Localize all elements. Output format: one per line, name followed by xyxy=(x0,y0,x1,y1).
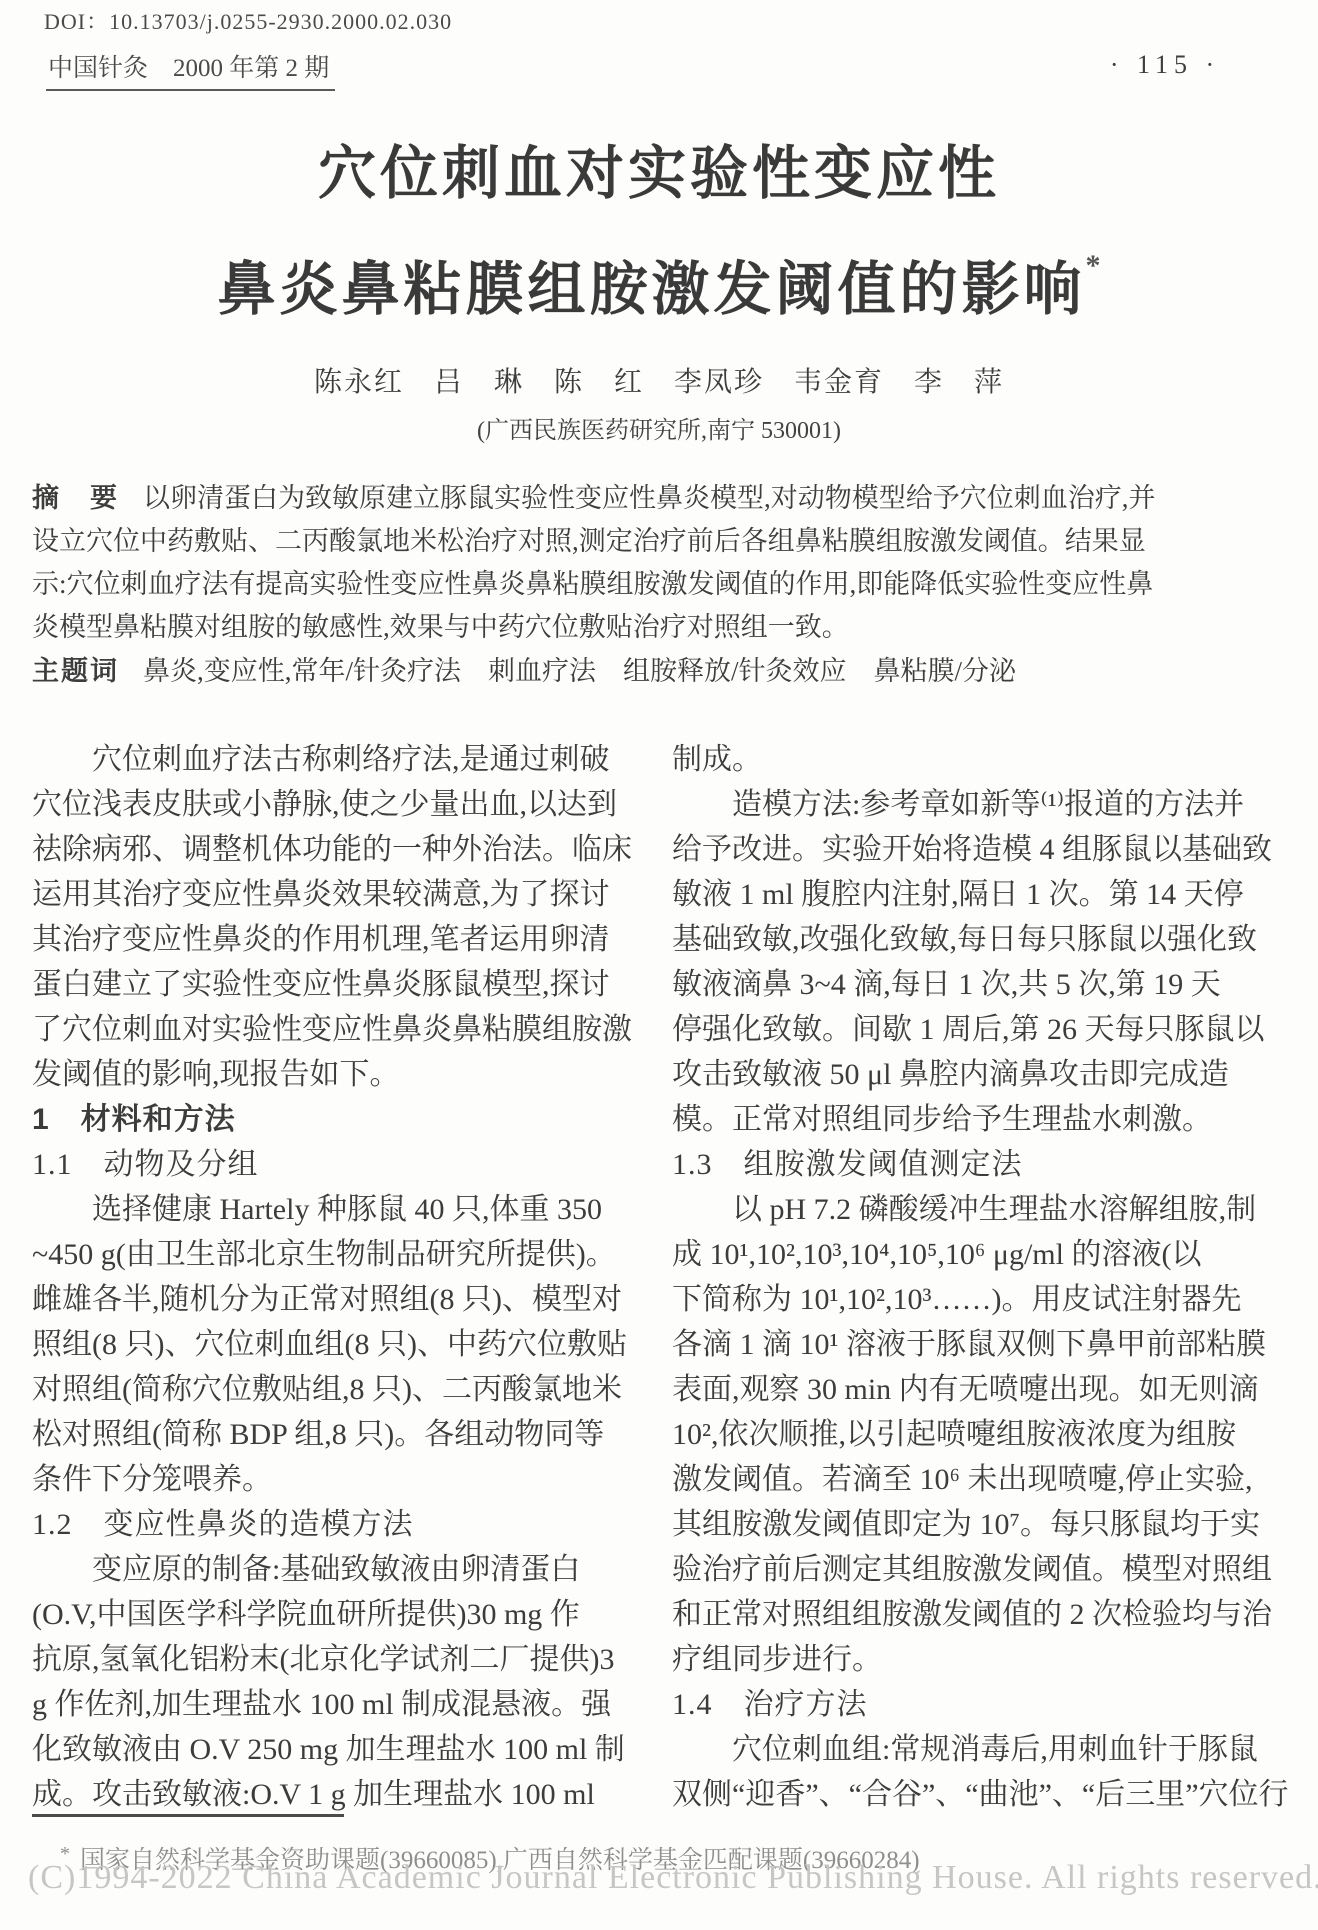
text-line: (O.V,中国医学科学院血研所提供)30 mg 作 xyxy=(32,1592,643,1637)
text-line: 激发阈值。若滴至 10⁶ 未出现喷嚏,停止实验, xyxy=(672,1457,1290,1502)
doi-line: DOI：10.13703/j.0255-2930.2000.02.030 xyxy=(44,5,452,36)
abstract-line: 设立穴位中药敷贴、二丙酸氯地米松治疗对照,测定治疗前后各组鼻粘膜组胺激发阈值。结… xyxy=(32,520,1288,563)
keywords-text: 鼻炎,变应性,常年/针灸疗法 刺血疗法 组胺释放/针灸效应 鼻粘膜/分泌 xyxy=(143,656,1016,686)
section-heading: 1.1 动物及分组 xyxy=(32,1142,643,1187)
text-line: 穴位浅表皮肤或小静脉,使之少量出血,以达到 xyxy=(32,782,643,827)
authors-line: 陈永红 吕 琳 陈 红 李凤珍 韦金育 李 萍 xyxy=(0,360,1318,400)
abstract-label: 摘 要 xyxy=(32,483,119,513)
text-line: 照组(8 只)、穴位刺血组(8 只)、中药穴位敷贴 xyxy=(32,1322,643,1367)
text-line: 其治疗变应性鼻炎的作用机理,笔者运用卵清 xyxy=(32,917,643,962)
section-heading: 1 材料和方法 xyxy=(32,1097,643,1142)
text-line: 穴位刺血疗法古称刺络疗法,是通过刺破 xyxy=(32,737,643,782)
title-line-2: 鼻炎鼻粘膜组胺激发阈值的影响* xyxy=(0,220,1318,312)
text-line: 穴位刺血组:常规消毒后,用刺血针于豚鼠 xyxy=(672,1727,1290,1772)
text-line: 和正常对照组组胺激发阈值的 2 次检验均与治 xyxy=(672,1592,1290,1637)
paper-page: DOI：10.13703/j.0255-2930.2000.02.030 中国针… xyxy=(0,0,1318,1930)
text-line: 运用其治疗变应性鼻炎效果较满意,为了探讨 xyxy=(32,872,643,917)
text-line: 发阈值的影响,现报告如下。 xyxy=(32,1052,643,1097)
text-line: 敏液 1 ml 腹腔内注射,隔日 1 次。第 14 天停 xyxy=(672,872,1290,917)
section-heading: 1.4 治疗方法 xyxy=(672,1682,1290,1727)
body-column-left: 穴位刺血疗法古称刺络疗法,是通过刺破穴位浅表皮肤或小静脉,使之少量出血,以达到祛… xyxy=(32,737,643,1817)
text-line: 造模方法:参考章如新等⁽¹⁾报道的方法并 xyxy=(672,782,1290,827)
text-line: 双侧“迎香”、“合谷”、“曲池”、“后三里”穴位行 xyxy=(672,1772,1290,1817)
text-line: 蛋白建立了实验性变应性鼻炎豚鼠模型,探讨 xyxy=(32,962,643,1007)
text-line: 对照组(简称穴位敷贴组,8 只)、二丙酸氯地米 xyxy=(32,1367,643,1412)
affiliation-line: (广西民族医药研究所,南宁 530001) xyxy=(0,410,1318,445)
text-line: 成 10¹,10²,10³,10⁴,10⁵,10⁶ μg/ml 的溶液(以 xyxy=(672,1232,1290,1277)
text-line: 制成。 xyxy=(672,737,1290,782)
title-line-1: 穴位刺血对实验性变应性 xyxy=(0,128,1318,220)
text-line: ~450 g(由卫生部北京生物制品研究所提供)。 xyxy=(32,1232,643,1277)
article-title: 穴位刺血对实验性变应性 鼻炎鼻粘膜组胺激发阈值的影响* xyxy=(0,128,1318,312)
abstract-line: 摘 要以卵清蛋白为致敏原建立豚鼠实验性变应性鼻炎模型,对动物模型给予穴位刺血治疗… xyxy=(32,477,1288,520)
text-line: 停强化致敏。间歇 1 周后,第 26 天每只豚鼠以 xyxy=(672,1007,1290,1052)
section-heading: 1.2 变应性鼻炎的造模方法 xyxy=(32,1502,643,1547)
text-line: 祛除病邪、调整机体功能的一种外治法。临床 xyxy=(32,827,643,872)
text-line: 疗组同步进行。 xyxy=(672,1637,1290,1682)
text-line: 给予改进。实验开始将造模 4 组豚鼠以基础致 xyxy=(672,827,1290,872)
text-line: 了穴位刺血对实验性变应性鼻炎鼻粘膜组胺激 xyxy=(32,1007,643,1052)
keywords-line: 主题词鼻炎,变应性,常年/针灸疗法 刺血疗法 组胺释放/针灸效应 鼻粘膜/分泌 xyxy=(32,650,1288,693)
keywords-label: 主题词 xyxy=(32,656,119,686)
text-line: 松对照组(简称 BDP 组,8 只)。各组动物同等 xyxy=(32,1412,643,1457)
text-line: 其组胺激发阈值即定为 10⁷。每只豚鼠均于实 xyxy=(672,1502,1290,1547)
copyright-watermark: (C)1994-2022 China Academic Journal Elec… xyxy=(28,1849,1318,1898)
text-line: 选择健康 Hartely 种豚鼠 40 只,体重 350 xyxy=(32,1187,643,1232)
abstract-line: 炎模型鼻粘膜对组胺的敏感性,效果与中药穴位敷贴治疗对照组一致。 xyxy=(32,606,1288,649)
text-line: 模。正常对照组同步给予生理盐水刺激。 xyxy=(672,1097,1290,1142)
text-line: 敏液滴鼻 3~4 滴,每日 1 次,共 5 次,第 19 天 xyxy=(672,962,1290,1007)
text-line: 验治疗前后测定其组胺激发阈值。模型对照组 xyxy=(672,1547,1290,1592)
text-line: 10²,依次顺推,以引起喷嚏组胺液浓度为组胺 xyxy=(672,1412,1290,1457)
text-line: 抗原,氢氧化铝粉末(北京化学试剂二厂提供)3 xyxy=(32,1637,643,1682)
abstract-line: 示:穴位刺血疗法有提高实验性变应性鼻炎鼻粘膜组胺激发阈值的作用,即能降低实验性变… xyxy=(32,563,1288,606)
text-line: 基础致敏,改强化致敏,每日每只豚鼠以强化致 xyxy=(672,917,1290,962)
text-line: 以 pH 7.2 磷酸缓冲生理盐水溶解组胺,制 xyxy=(672,1187,1290,1232)
text-line: 成。攻击致敏液:O.V 1 g 加生理盐水 100 ml xyxy=(32,1772,643,1817)
text-line: 攻击致敏液 50 μl 鼻腔内滴鼻攻击即完成造 xyxy=(672,1052,1290,1097)
text-line: 下简称为 10¹,10²,10³……)。用皮试注射器先 xyxy=(672,1277,1290,1322)
text-line: 各滴 1 滴 10¹ 溶液于豚鼠双侧下鼻甲前部粘膜 xyxy=(672,1322,1290,1367)
page-number: · 115 · xyxy=(1100,50,1230,80)
journal-name: 中国针灸 2000 年第 2 期 xyxy=(46,48,335,91)
text-line: 表面,观察 30 min 内有无喷嚏出现。如无则滴 xyxy=(672,1367,1290,1412)
abstract-section: 摘 要以卵清蛋白为致敏原建立豚鼠实验性变应性鼻炎模型,对动物模型给予穴位刺血治疗… xyxy=(32,477,1288,649)
text-line: g 作佐剂,加生理盐水 100 ml 制成混悬液。强 xyxy=(32,1682,643,1727)
footnote-divider xyxy=(32,1814,344,1817)
text-line: 雌雄各半,随机分为正常对照组(8 只)、模型对 xyxy=(32,1277,643,1322)
text-line: 变应原的制备:基础致敏液由卵清蛋白 xyxy=(32,1547,643,1592)
text-line: 化致敏液由 O.V 250 mg 加生理盐水 100 ml 制 xyxy=(32,1727,643,1772)
text-line: 条件下分笼喂养。 xyxy=(32,1457,643,1502)
body-column-right: 制成。造模方法:参考章如新等⁽¹⁾报道的方法并给予改进。实验开始将造模 4 组豚… xyxy=(672,737,1290,1817)
section-heading: 1.3 组胺激发阈值测定法 xyxy=(672,1142,1290,1187)
title-asterisk: * xyxy=(1086,249,1101,282)
